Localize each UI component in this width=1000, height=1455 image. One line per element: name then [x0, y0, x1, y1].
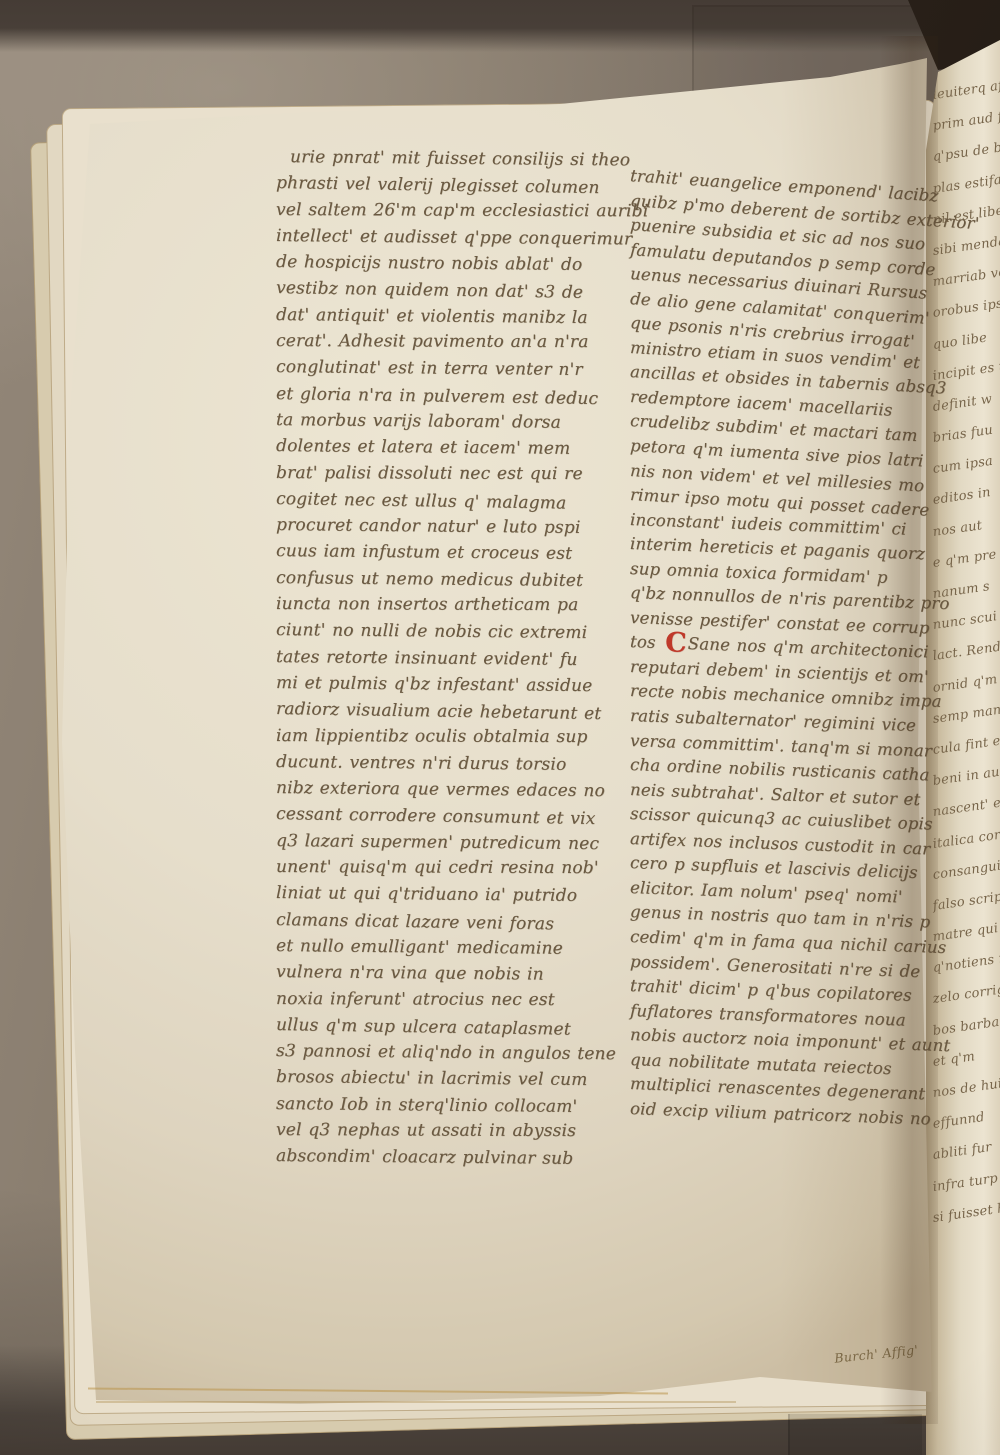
text-line: iam lippientibz oculis obtalmia sup — [276, 726, 618, 753]
text-line: q3 lazari supermen' putredicum nec — [276, 831, 618, 861]
text-line: et nullo emulligant' medicamine — [276, 936, 618, 966]
text-line: iuncta non insertos artheticam pa — [276, 594, 618, 621]
text-line: vel q3 nephas ut assati in abyssis — [276, 1120, 618, 1147]
text-line: vulnera n'ra vina que nobis in — [276, 962, 618, 992]
text-line: dat' antiquit' et violentis manibz la — [276, 305, 618, 335]
text-line: unent' quisq'm qui cedri resina nob' — [276, 857, 618, 884]
text-line: brosos abiectu' in lacrimis vel cum — [276, 1067, 618, 1097]
text-line: nibz exteriora que vermes edaces no — [276, 778, 618, 808]
text-line: abscondim' cloacarz pulvinar sub — [276, 1146, 618, 1176]
text-line: ciunt' no nulli de nobis cic extremi — [276, 620, 618, 650]
text-line: dolentes et latera et iacem' mem — [276, 436, 618, 466]
text-line: brat' palisi dissoluti nec est qui re — [276, 463, 618, 490]
text-line: mi et pulmis q'bz infestant' assidue — [276, 673, 618, 703]
text-line: cerat'. Adhesit pavimento an'a n'ra — [276, 331, 618, 358]
text-line: noxia inferunt' atrocius nec est — [276, 989, 618, 1016]
text-line: conglutinat' est in terra venter n'r — [276, 357, 618, 387]
text-line: cuus iam infustum et croceus est — [276, 541, 618, 571]
red-initial-mark: C — [665, 628, 688, 660]
text-line: confusus ut nemo medicus dubitet — [276, 568, 618, 598]
text-line: liniat ut qui q'triduano ia' putrido — [276, 883, 618, 913]
text-line: intellect' et audisset q'ppe conquerimur — [276, 226, 618, 256]
text-line: s3 pannosi et aliq'ndo in angulos tene — [276, 1041, 618, 1071]
text-column-left: urie pnrat' mit fuisset consilijs si the… — [276, 147, 618, 1173]
text-line: tates retorte insinuant evident' fu — [276, 647, 618, 677]
text-line: sancto Iob in sterq'linio collocam' — [276, 1094, 618, 1124]
text-line: ta morbus varijs laboram' dorsa — [276, 410, 618, 440]
text-line: de hospicijs nustro nobis ablat' do — [276, 252, 618, 282]
text-line: urie pnrat' mit fuisset consilijs si the… — [276, 147, 618, 177]
text-line: ducunt. ventres n'ri durus torsio — [276, 752, 618, 782]
page-bottom-edge-line — [96, 1401, 736, 1403]
gutter-shadow — [880, 36, 938, 1424]
mat-seam-bottom — [788, 1414, 922, 1455]
facing-fragments: leuiterq affigprim aud frq'psu de bonpla… — [934, 88, 1000, 1242]
manuscript-photo: leuiterq affigprim aud frq'psu de bonpla… — [0, 0, 1000, 1455]
text-line: procuret candor natur' e luto pspi — [276, 515, 618, 545]
text-line: vel saltem 26'm cap'm ecclesiastici auri… — [276, 200, 618, 227]
